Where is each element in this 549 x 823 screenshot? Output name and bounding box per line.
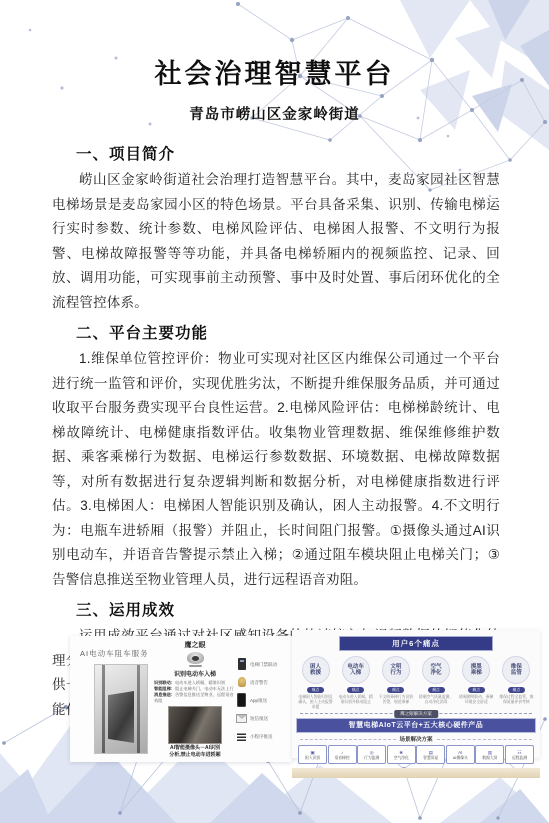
elevator-rail <box>102 665 105 753</box>
page-title: 社会治理智慧平台 <box>0 52 549 91</box>
scenario-label: 场景解决方案 <box>400 735 433 743</box>
section-heading-2: 二、平台主要功能 <box>76 321 500 343</box>
product-label: 远程监测 <box>512 756 527 761</box>
pain-point-item: 维保监管 痛点 维保过程全监管，维保质量评价考核 <box>498 656 535 709</box>
pain-point-desc: 电梯困人智能识别及确认，困人主动报警求援 <box>297 695 334 709</box>
pain-point-desc: 维保过程全监管，维保质量评价考核 <box>498 695 535 705</box>
pain-point-circle: 空气净化 <box>422 656 450 684</box>
product-icon: ❀ <box>399 750 403 755</box>
product-label: 数据大屏 <box>482 756 497 761</box>
pain-point-circle: 电动车入梯 <box>342 656 370 684</box>
product-box: ♪语音梯控 <box>328 745 357 764</box>
alert-channel-list: 电梯门禁联动 语音警告 App推送 短信推送 小程序推送 <box>236 658 286 748</box>
product-box: ▣困人识别 <box>298 745 327 764</box>
product-label: 行为监测 <box>364 756 379 761</box>
pain-point-line2: 入梯 <box>350 670 361 677</box>
channel-label: App推送 <box>250 698 267 703</box>
product-icon: ◎ <box>370 750 374 755</box>
dashed-separator: 鹰之眼解决方案 <box>300 713 532 714</box>
product-box: ☷远程监测 <box>505 745 534 764</box>
section-heading-3: 三、运用成效 <box>76 598 500 620</box>
door-control-icon <box>236 658 247 670</box>
pain-point-tag: 痛点 <box>428 687 445 693</box>
feature-bullet: 消息推送：告警信息推送至物业，远程语音劝阻 <box>154 692 236 704</box>
pain-point-item: 空气净化 痛点 轿厢空气质量监测，自动净化消毒 <box>418 656 455 709</box>
phone-push-icon <box>236 694 247 706</box>
pain-point-tag: 痛点 <box>307 687 324 693</box>
product-label: 困人识别 <box>305 756 320 761</box>
product-label: 空气净化 <box>394 756 409 761</box>
product-box: AIAI摄像头 <box>446 745 475 764</box>
channel-label: 小程序推送 <box>250 734 273 739</box>
bullet-text: 阻止电梯关门，电动车无法上行 <box>175 686 234 691</box>
section-body-2: 1.维保单位管控评价：物业可实现对社区区内维保公司通过一个平台进行统一监管和评价… <box>52 347 500 592</box>
pain-point-desc: 轿厢照明联动，乘梯环境安全舒适 <box>458 695 495 705</box>
channel-label: 电梯门禁联动 <box>250 662 277 667</box>
product-icon: ▤ <box>429 750 433 755</box>
solution-pill: 鹰之眼解决方案 <box>394 710 438 718</box>
pain-point-tag: 痛点 <box>468 687 485 693</box>
bullet-text: 电动车进入轿厢，精准识别 <box>175 680 225 685</box>
qr-code-icon <box>236 730 247 742</box>
product-icon: ▣ <box>310 750 314 755</box>
camera-caption: 识别电动车入梯 <box>154 669 236 678</box>
elevator-cabin <box>108 691 134 743</box>
cabin-photo <box>168 706 222 744</box>
dome-camera-base <box>189 665 202 667</box>
elevator-rail <box>137 665 140 753</box>
poster-page: 社会治理智慧平台 青岛市崂山区金家岭街道 一、项目简介 崂山区金家岭街道社会治理… <box>0 0 549 823</box>
product-label: 智慧屏显 <box>423 756 438 761</box>
pain-point-item: 摸黑乘梯 痛点 轿厢照明联动，乘梯环境安全舒适 <box>458 656 495 709</box>
product-box: ▥数据大屏 <box>475 745 504 764</box>
pain-points-header-banner: 用户6个痛点 <box>339 636 493 651</box>
bullet-lead: 智能阻梯： <box>154 686 175 691</box>
pain-point-tag: 痛点 <box>387 687 404 693</box>
pain-point-item: 困人救援 痛点 电梯困人智能识别及确认，困人主动报警求援 <box>297 656 334 709</box>
pain-point-circle: 摸黑乘梯 <box>462 656 490 684</box>
bullet-lead: 识别联动： <box>154 680 175 685</box>
figure-ai-bike-blocking: AI电动车阻车服务 鹰之眼 识别电动车入梯 识别联动：电动车进入轿厢，精准识别 … <box>70 636 292 762</box>
pain-point-item: 电动车入梯 痛点 电动车进入轿厢，精准识别并联动阻止 <box>337 656 374 709</box>
channel-row: 小程序推送 <box>236 730 286 742</box>
pain-point-circle: 维保监管 <box>502 656 530 684</box>
pain-point-circle: 困人救援 <box>302 656 330 684</box>
page-subtitle: 青岛市崂山区金家岭街道 <box>0 103 549 124</box>
product-icon: ☷ <box>517 750 521 755</box>
beige-footer-strip <box>292 768 540 778</box>
dash-line <box>300 739 396 740</box>
photo-caption-line2: 分析,禁止电动车进轿厢 <box>154 752 236 759</box>
sms-envelope-icon <box>236 712 247 724</box>
feature-bullets: 识别联动：电动车进入轿厢，精准识别 智能阻梯：阻止电梯关门，电动车无法上行 消息… <box>154 680 236 704</box>
channel-row: 语音警告 <box>236 676 286 688</box>
product-box-row: ▣困人识别 ♪语音梯控 ◎行为监测 ❀空气净化 ▤智慧屏显 AIAI摄像头 ▥数… <box>292 745 540 764</box>
channel-label: 语音警告 <box>250 680 268 685</box>
channel-row: App推送 <box>236 694 286 706</box>
product-box: ◎行为监测 <box>357 745 386 764</box>
product-box: ❀空气净化 <box>387 745 416 764</box>
section-heading-1: 一、项目简介 <box>76 142 500 164</box>
product-icon: ♪ <box>341 750 343 755</box>
channel-label: 短信推送 <box>250 716 268 721</box>
platform-banner: 智慧电梯AIoT云平台+五大核心硬件产品 <box>296 718 536 733</box>
elevator-shaft-image <box>94 664 148 754</box>
figure-left-title: AI电动车阻车服务 <box>80 648 149 659</box>
camera-name: 鹰之眼 <box>154 640 236 650</box>
product-label: AI摄像头 <box>453 756 468 761</box>
dash-line <box>437 739 533 740</box>
voice-alert-icon <box>236 676 247 688</box>
pain-point-desc: 电动车进入轿厢，精准识别并联动阻止 <box>337 695 374 705</box>
pain-point-line2: 行为 <box>390 670 401 677</box>
bullet-lead: 消息推送： <box>154 692 175 697</box>
pain-point-line2: 救援 <box>310 670 321 677</box>
section-body-1: 崂山区金家岭街道社会治理打造智慧平台。其中，麦岛家园社区智慧电梯场景是麦岛家园小… <box>52 168 500 315</box>
product-icon: AI <box>458 750 462 755</box>
product-label: 语音梯控 <box>334 756 349 761</box>
channel-row: 电梯门禁联动 <box>236 658 286 670</box>
product-box: ▤智慧屏显 <box>416 745 445 764</box>
scenario-label-row: 场景解决方案 <box>300 735 532 743</box>
pain-point-circle: 文明行为 <box>382 656 410 684</box>
pain-point-circles: 困人救援 痛点 电梯困人智能识别及确认，困人主动报警求援 电动车入梯 痛点 电动… <box>292 656 540 709</box>
figure-pain-points-diagram: 用户6个痛点 困人救援 痛点 电梯困人智能识别及确认，困人主动报警求援 电动车入… <box>292 630 540 758</box>
pain-point-desc: 不文明乘梯行为识别告警，规范乘梯 <box>377 695 414 705</box>
pain-point-item: 文明行为 痛点 不文明乘梯行为识别告警，规范乘梯 <box>377 656 414 709</box>
pain-point-tag: 痛点 <box>347 687 364 693</box>
pain-point-line2: 乘梯 <box>471 670 482 677</box>
camera-column: 鹰之眼 识别电动车入梯 识别联动：电动车进入轿厢，精准识别 智能阻梯：阻止电梯关… <box>154 640 236 758</box>
dome-camera-icon <box>187 652 204 664</box>
product-icon: ▥ <box>488 750 492 755</box>
pain-point-desc: 轿厢空气质量监测，自动净化消毒 <box>418 695 455 705</box>
pain-point-line2: 净化 <box>431 670 442 677</box>
pain-point-line2: 监管 <box>511 670 522 677</box>
pain-point-tag: 痛点 <box>508 687 525 693</box>
channel-row: 短信推送 <box>236 712 286 724</box>
